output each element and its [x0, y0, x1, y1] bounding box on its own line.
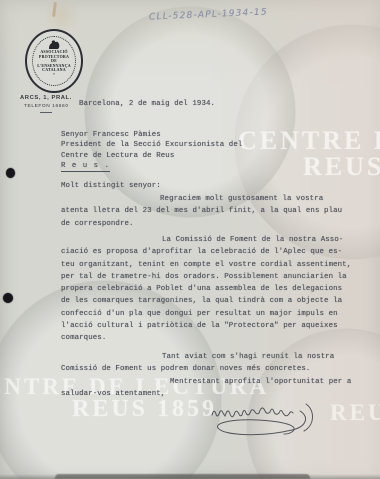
body-paragraph-3: Tant aviat com s'hagi reunit la nostra C…	[61, 351, 334, 376]
body-line: Regraciem molt gustosament la vostra	[61, 193, 342, 205]
body-line: ciació es proposa d'aprofitar la celebra…	[61, 246, 351, 258]
paper-stain	[52, 2, 57, 17]
body-paragraph-1: Regraciem molt gustosament la vostra ate…	[61, 193, 342, 230]
recipient-title: President de la Secció Excursionista del	[61, 140, 242, 150]
body-line: propera celebració a Poblet d'una assemb…	[61, 283, 351, 295]
recipient-city: R e u s .	[61, 162, 110, 172]
signature-name-stroke	[212, 408, 293, 417]
emblem-inner-ring: ASSOCIACIÓ PROTECTORA DE L'ENSENYANÇA CA…	[32, 36, 76, 86]
hole-punch	[3, 293, 13, 303]
body-line: per tal de trametre-hi dos oradors. Poss…	[61, 271, 351, 283]
body-line: atenta lletra del 23 del mes d'abril fin…	[61, 205, 342, 217]
scanned-letter: CENTRE DE REUS ENTRE DE LECTURA REUS 185…	[0, 0, 380, 479]
body-line: l'acció cultural i patriòtica de la "Pro…	[61, 320, 351, 332]
emblem-ornament: ✦	[53, 73, 55, 77]
scan-bottom-edge	[0, 474, 380, 479]
salutation: Molt distingit senyor:	[61, 182, 161, 190]
body-line: comarques.	[61, 332, 351, 344]
watermark-text: REUS	[330, 400, 380, 426]
recipient-name: Senyor Francesc Pàmies	[61, 130, 242, 140]
body-line: Comissió de Foment us podrem donar noves…	[61, 363, 334, 375]
body-paragraph-2: La Comissió de Foment de la nostra Asso-…	[61, 234, 351, 345]
archive-reference-handwriting: CLL-528-APL-1934-15	[149, 7, 268, 22]
body-line: teu organitzant, tenint en compte el vos…	[61, 259, 351, 271]
watermark-text: REUS	[303, 152, 380, 182]
body-line: La Comissió de Foment de la nostra Asso-	[61, 234, 351, 246]
body-line: de correspondre.	[61, 218, 342, 230]
watermark-text: CENTRE DE	[238, 126, 380, 156]
hole-punch	[6, 168, 15, 178]
recipient-block: Senyor Francesc Pàmies President de la S…	[61, 130, 242, 161]
letterhead-rule	[40, 112, 52, 113]
emblem-org-name: ASSOCIACIÓ PROTECTORA DE L'ENSENYANÇA CA…	[37, 50, 71, 73]
body-line: de les comarques tarragonines, la qual t…	[61, 295, 351, 307]
body-line: confecció d'un pla que dongui per result…	[61, 308, 351, 320]
recipient-organization: Centre de Lectura de Reus	[61, 151, 242, 161]
body-line: Tant aviat com s'hagi reunit la nostra	[61, 351, 334, 363]
letterhead-phone: TELEFON 16660	[24, 104, 69, 109]
body-line: Mentrestant aprofita l'oportunitat per a	[61, 376, 351, 388]
signature	[202, 398, 337, 443]
letterhead-emblem: ASSOCIACIÓ PROTECTORA DE L'ENSENYANÇA CA…	[25, 29, 83, 93]
dateline: Barcelona, 2 de maig del 1934.	[79, 100, 215, 108]
letterhead-address: ARCS, 1, PRAL.	[20, 95, 72, 101]
closing-paragraph: Mentrestant aprofita l'oportunitat per a…	[61, 376, 351, 401]
